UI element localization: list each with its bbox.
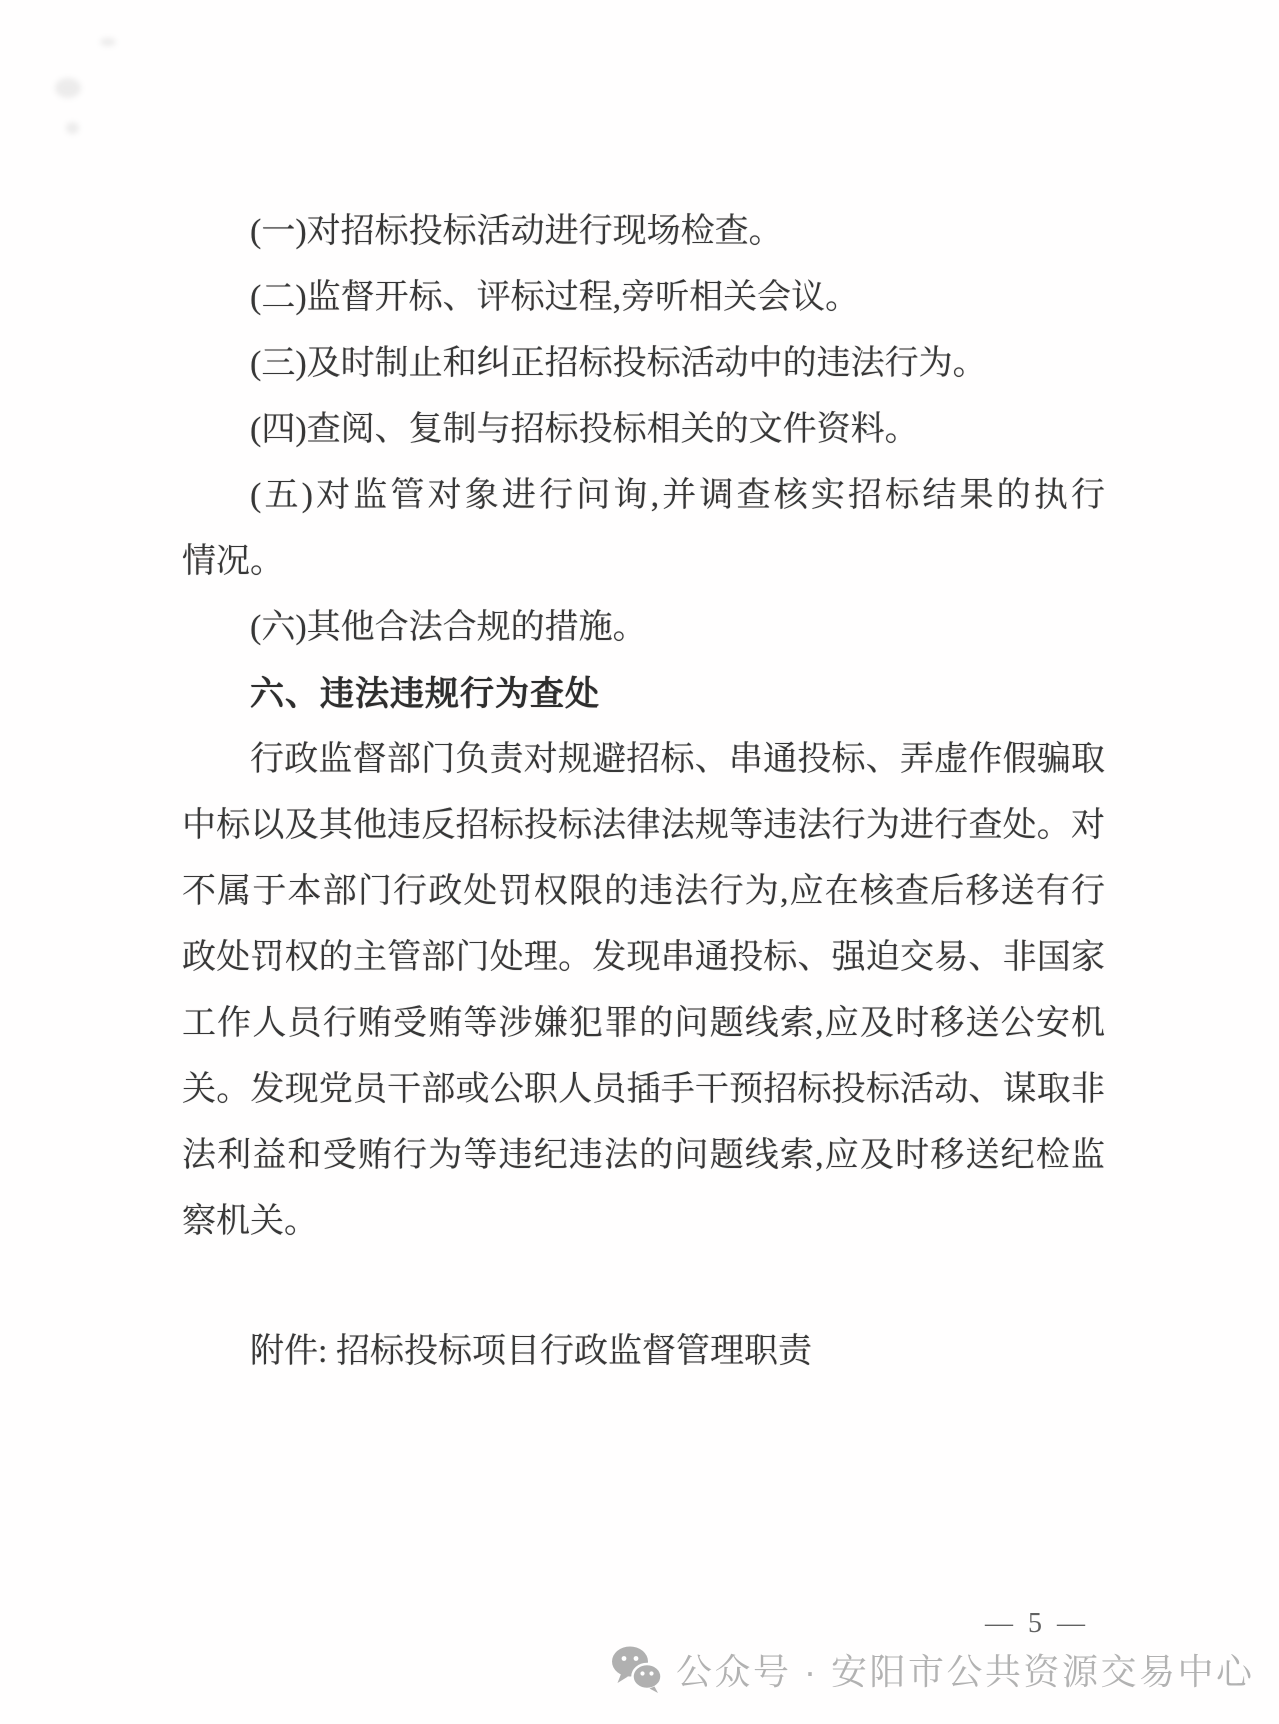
section-heading: 六、违法违规行为查处	[182, 661, 1105, 727]
list-item-5-line-2: 情况。	[182, 529, 1105, 595]
scan-artifact	[55, 78, 81, 98]
document-body: (一)对招标投标活动进行现场检查。 (二)监督开标、评标过程,旁听相关会议。 (…	[182, 199, 1105, 1385]
paragraph-line-7: 法利益和受贿行为等违纪违法的问题线索,应及时移送纪检监	[182, 1123, 1105, 1189]
scan-artifact	[100, 38, 116, 46]
wechat-icon	[610, 1644, 664, 1694]
list-item-4: (四)查阅、复制与招标投标相关的文件资料。	[182, 397, 1105, 463]
paragraph-line-5: 工作人员行贿受贿等涉嫌犯罪的问题线索,应及时移送公安机	[182, 991, 1105, 1057]
watermark: 公众号 · 安阳市公共资源交易中心	[610, 1640, 1255, 1698]
attachment-line: 附件: 招标投标项目行政监督管理职责	[182, 1319, 1105, 1385]
paragraph-line-1: 行政监督部门负责对规避招标、串通投标、弄虚作假骗取	[182, 727, 1105, 793]
paragraph-line-4: 政处罚权的主管部门处理。发现串通投标、强迫交易、非国家	[182, 925, 1105, 991]
list-item-2: (二)监督开标、评标过程,旁听相关会议。	[182, 265, 1105, 331]
watermark-text: 公众号 · 安阳市公共资源交易中心	[676, 1644, 1255, 1695]
paragraph-line-3: 不属于本部门行政处罚权限的违法行为,应在核查后移送有行	[182, 859, 1105, 925]
list-item-3: (三)及时制止和纠正招标投标活动中的违法行为。	[182, 331, 1105, 397]
scanned-document-page: (一)对招标投标活动进行现场检查。 (二)监督开标、评标过程,旁听相关会议。 (…	[0, 0, 1279, 1724]
list-item-6: (六)其他合法合规的措施。	[182, 595, 1105, 661]
paragraph-line-8: 察机关。	[182, 1189, 1105, 1255]
scan-artifact	[66, 122, 79, 134]
paragraph-line-2: 中标以及其他违反招标投标法律法规等违法行为进行查处。对	[182, 793, 1105, 859]
list-item-1: (一)对招标投标活动进行现场检查。	[182, 199, 1105, 265]
paragraph-line-6: 关。发现党员干部或公职人员插手干预招标投标活动、谋取非	[182, 1057, 1105, 1123]
list-item-5-line-1: (五)对监管对象进行问询,并调查核实招标结果的执行	[182, 463, 1105, 529]
